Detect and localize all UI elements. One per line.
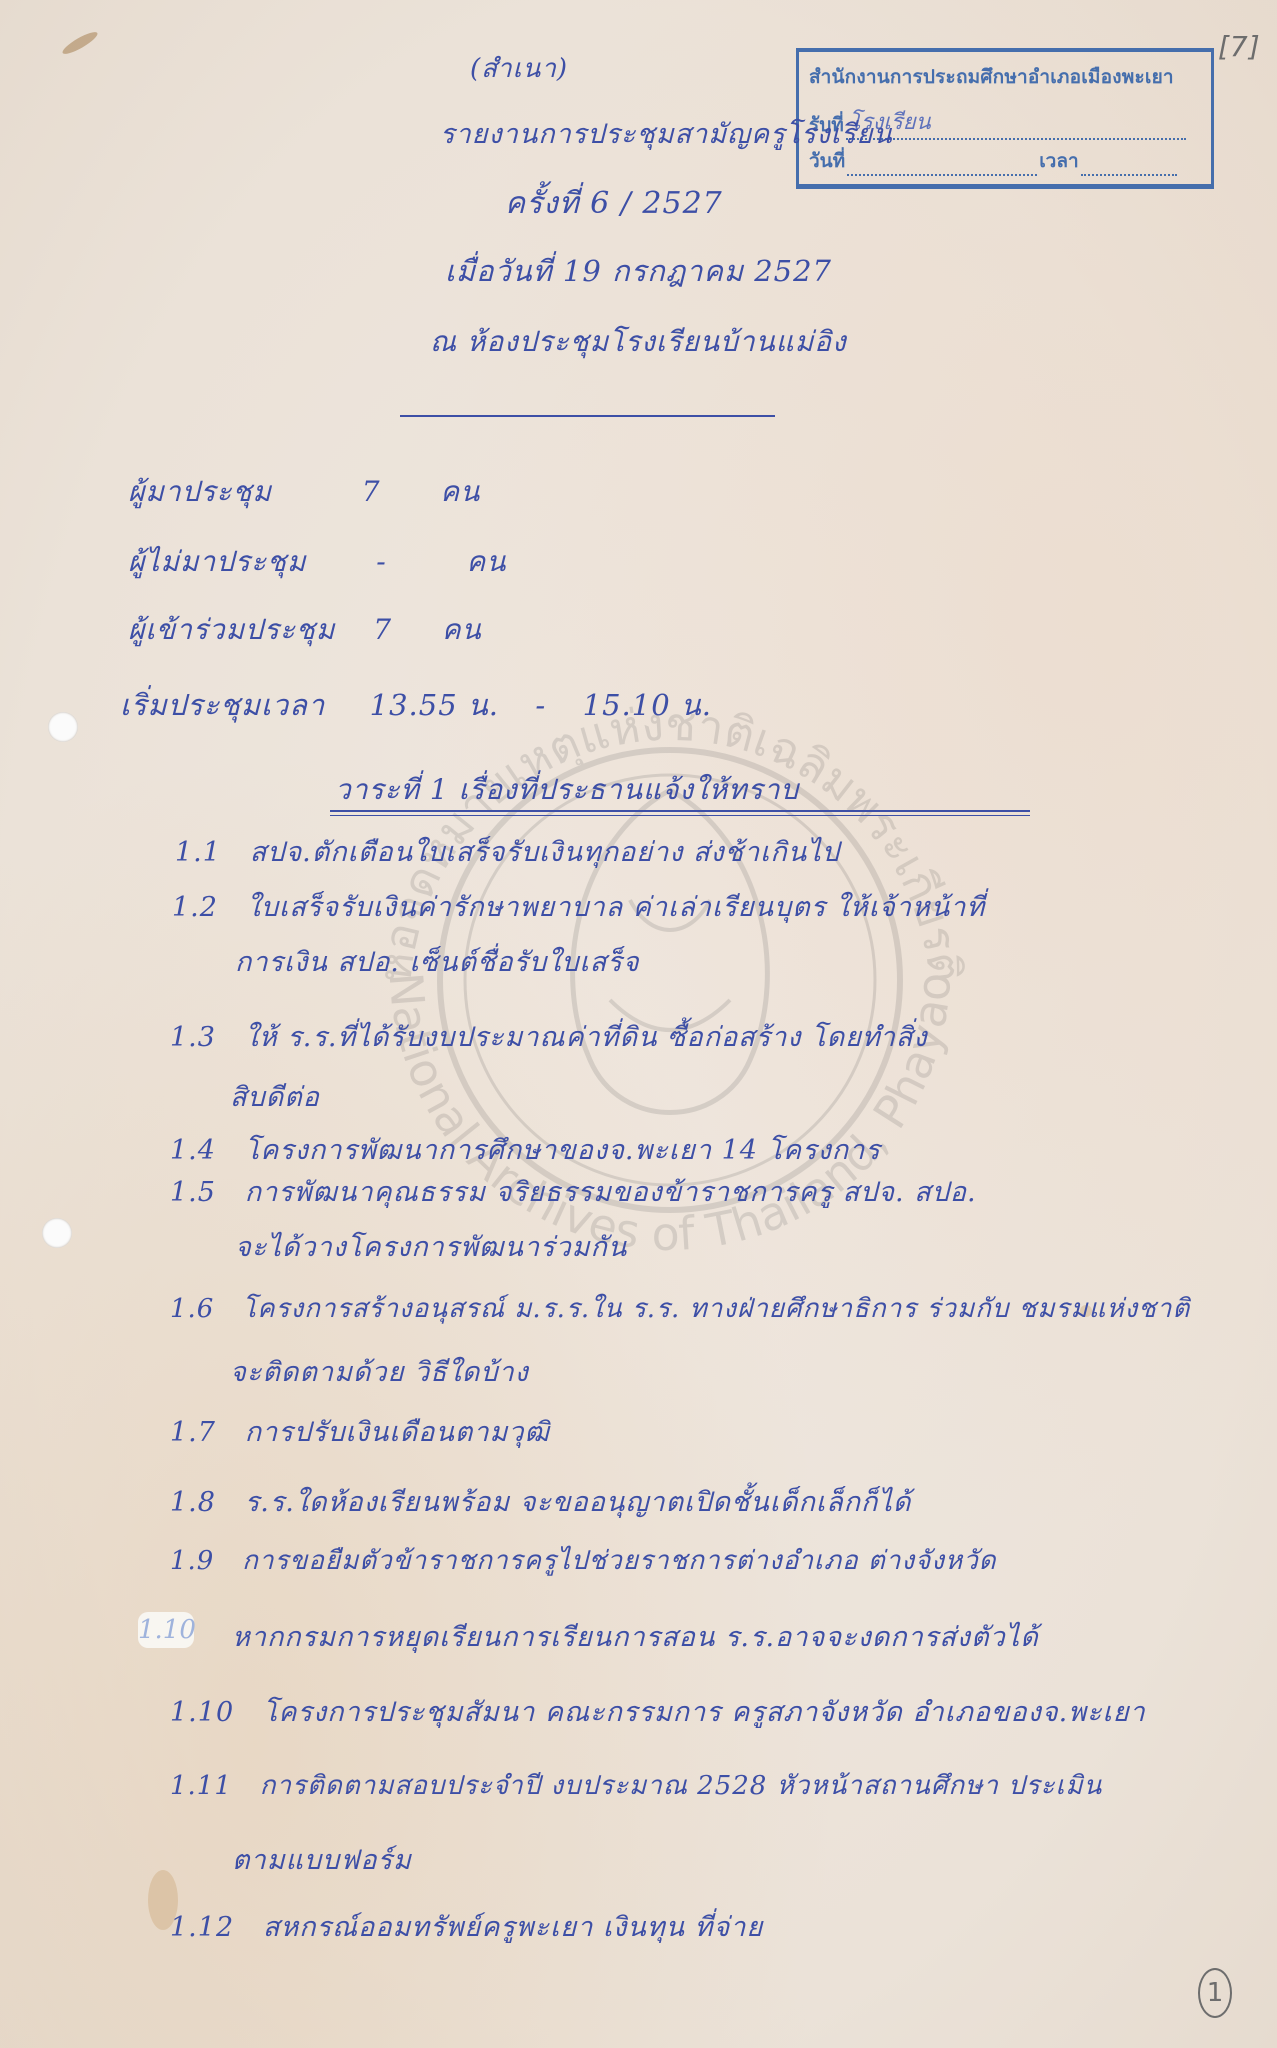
attendance-label: ผู้เข้าร่วมประชุม <box>128 613 335 646</box>
meeting-time-label: เริ่มประชุมเวลา <box>120 688 325 722</box>
item-text: การปรับเงินเดือนตามวุฒิ <box>245 1417 550 1448</box>
agenda-item: 1.1 สปจ.ตักเตือนใบเสร็จรับเงินทุกอย่าง ส… <box>175 830 840 873</box>
attendance-count: - <box>376 545 386 578</box>
meeting-time-start: 13.55 น. <box>370 688 499 722</box>
attendance-label: ผู้มาประชุม <box>128 475 272 508</box>
item-text: โครงการพัฒนาการศึกษาของจ.พะเยา 14 โครงกา… <box>245 1135 881 1166</box>
agenda-item-continuation: สิบดีต่อ <box>230 1075 320 1118</box>
attendance-unit: คน <box>442 613 482 646</box>
agenda-heading: วาระที่ 1 เรื่องที่ประธานแจ้งให้ทราบ <box>335 768 799 812</box>
attendance-unit: คน <box>440 475 480 508</box>
agenda-item: 1.2 ใบเสร็จรับเงินค่ารักษาพยาบาล ค่าเล่า… <box>172 885 985 928</box>
item-number: 1.3 <box>170 1022 216 1053</box>
agenda-item-continuation: จะได้วางโครงการพัฒนาร่วมกัน <box>235 1225 627 1268</box>
item-number: 1.11 <box>170 1771 232 1801</box>
reference-number: [7] <box>1218 30 1261 63</box>
item-text: โครงการสร้างอนุสรณ์ ม.ร.ร.ใน ร.ร. ทางฝ่า… <box>242 1294 1190 1324</box>
item-text: การติดตามสอบประจำปี งบประมาณ 2528 หัวหน้… <box>260 1771 1103 1801</box>
agenda-item-continuation: ตามแบบฟอร์ม <box>232 1838 412 1881</box>
item-text: ร.ร.ใดห้องเรียนพร้อม จะขออนุญาตเปิดชั้นเ… <box>245 1487 912 1518</box>
item-number: 1.10 <box>170 1697 234 1728</box>
item-number: 1.9 <box>170 1546 214 1576</box>
item-number: 1.8 <box>170 1487 216 1518</box>
item-text: ใบเสร็จรับเงินค่ารักษาพยาบาล ค่าเล่าเรีย… <box>247 892 985 923</box>
stamp-office-name: สำนักงานการประถมศึกษาอำเภอเมืองพะเยา <box>809 62 1174 92</box>
item-number: 1.7 <box>170 1417 216 1448</box>
item-text: การขอยืมตัวข้าราชการครูไปช่วยราชการต่างอ… <box>242 1546 996 1576</box>
agenda-item: 1.9 การขอยืมตัวข้าราชการครูไปช่วยราชการต… <box>170 1540 997 1581</box>
punch-hole <box>48 712 78 742</box>
stamp-time-label: เวลา <box>1039 146 1078 176</box>
copy-mark: (สำเนา) <box>470 48 568 89</box>
item-number: 1.4 <box>170 1135 216 1166</box>
attendance-label: ผู้ไม่มาประชุม <box>128 545 306 578</box>
agenda-item: 1.11 การติดตามสอบประจำปี งบประมาณ 2528 ห… <box>170 1765 1102 1806</box>
attendance-row: ผู้ไม่มาประชุม - คน <box>128 540 506 584</box>
meeting-date: เมื่อวันที่ 19 กรกฎาคม 2527 <box>445 248 832 294</box>
attendance-row: ผู้มาประชุม 7 คน <box>128 470 480 514</box>
agenda-item: 1.8 ร.ร.ใดห้องเรียนพร้อม จะขออนุญาตเปิดช… <box>170 1480 911 1523</box>
header-divider <box>400 415 775 417</box>
item-number: 1.6 <box>170 1294 214 1324</box>
page-number: 1 <box>1198 1968 1232 2018</box>
agenda-item: 1.3 ให้ ร.ร.ที่ได้รับงบประมาณค่าที่ดิน ซ… <box>170 1015 928 1058</box>
meeting-place: ณ ห้องประชุมโรงเรียนบ้านแม่อิง <box>430 320 847 364</box>
item-text: โครงการประชุมสัมนา คณะกรรมการ ครูสภาจังห… <box>263 1697 1146 1728</box>
item-text: สหกรณ์ออมทรัพย์ครูพะเยา เงินทุน ที่จ่าย <box>263 1912 763 1943</box>
stamp-time-field <box>1081 158 1177 176</box>
meeting-time: เริ่มประชุมเวลา 13.55 น. - 15.10 น. <box>120 682 712 728</box>
item-number: 1.1 <box>175 837 221 868</box>
agenda-item-continuation: จะติดตามด้วย วิธีใดบ้าง <box>230 1350 529 1393</box>
item-text: การพัฒนาคุณธรรม จริยธรรมของข้าราชการครู … <box>245 1177 977 1208</box>
meeting-time-end: 15.10 น. <box>583 688 712 722</box>
agenda-heading-underline <box>330 810 1030 812</box>
attendance-unit: คน <box>467 545 507 578</box>
punch-hole <box>42 1218 72 1248</box>
agenda-item: 1.10 โครงการประชุมสัมนา คณะกรรมการ ครูสภ… <box>170 1690 1146 1733</box>
item-number: 1.12 <box>170 1912 234 1943</box>
attendance-count: 7 <box>373 613 392 646</box>
agenda-item-continuation: การเงิน สปอ. เซ็นต์ชื่อรับใบเสร็จ <box>235 940 640 983</box>
session-number: ครั้งที่ 6 / 2527 <box>505 180 723 227</box>
document-title: รายงานการประชุมสามัญครูโรงเรียน <box>440 112 893 155</box>
meeting-time-dash: - <box>535 688 546 722</box>
agenda-item: 1.7 การปรับเงินเดือนตามวุฒิ <box>170 1410 550 1453</box>
item-number: 1.2 <box>172 892 218 923</box>
agenda-item-continuation: หากกรมการหยุดเรียนการเรียนการสอน ร.ร.อาจ… <box>232 1615 1039 1658</box>
item-text: ให้ ร.ร.ที่ได้รับงบประมาณค่าที่ดิน ซื้อก… <box>245 1022 928 1053</box>
agenda-item: 1.4 โครงการพัฒนาการศึกษาของจ.พะเยา 14 โค… <box>170 1128 881 1171</box>
agenda-item: 1.5 การพัฒนาคุณธรรม จริยธรรมของข้าราชการ… <box>170 1170 977 1213</box>
item-text: สปจ.ตักเตือนใบเสร็จรับเงินทุกอย่าง ส่งช้… <box>250 837 840 868</box>
agenda-item: 1.12 สหกรณ์ออมทรัพย์ครูพะเยา เงินทุน ที่… <box>170 1905 763 1948</box>
agenda-item: 1.6 โครงการสร้างอนุสรณ์ ม.ร.ร.ใน ร.ร. ทา… <box>170 1288 1190 1329</box>
attendance-row: ผู้เข้าร่วมประชุม 7 คน <box>128 608 482 652</box>
agenda-heading-underline <box>330 815 1030 816</box>
item-number: 1.5 <box>170 1177 216 1208</box>
stamp-date-field <box>847 158 1037 176</box>
attendance-count: 7 <box>362 475 381 508</box>
corrected-item-number: 1.10 <box>138 1612 194 1648</box>
